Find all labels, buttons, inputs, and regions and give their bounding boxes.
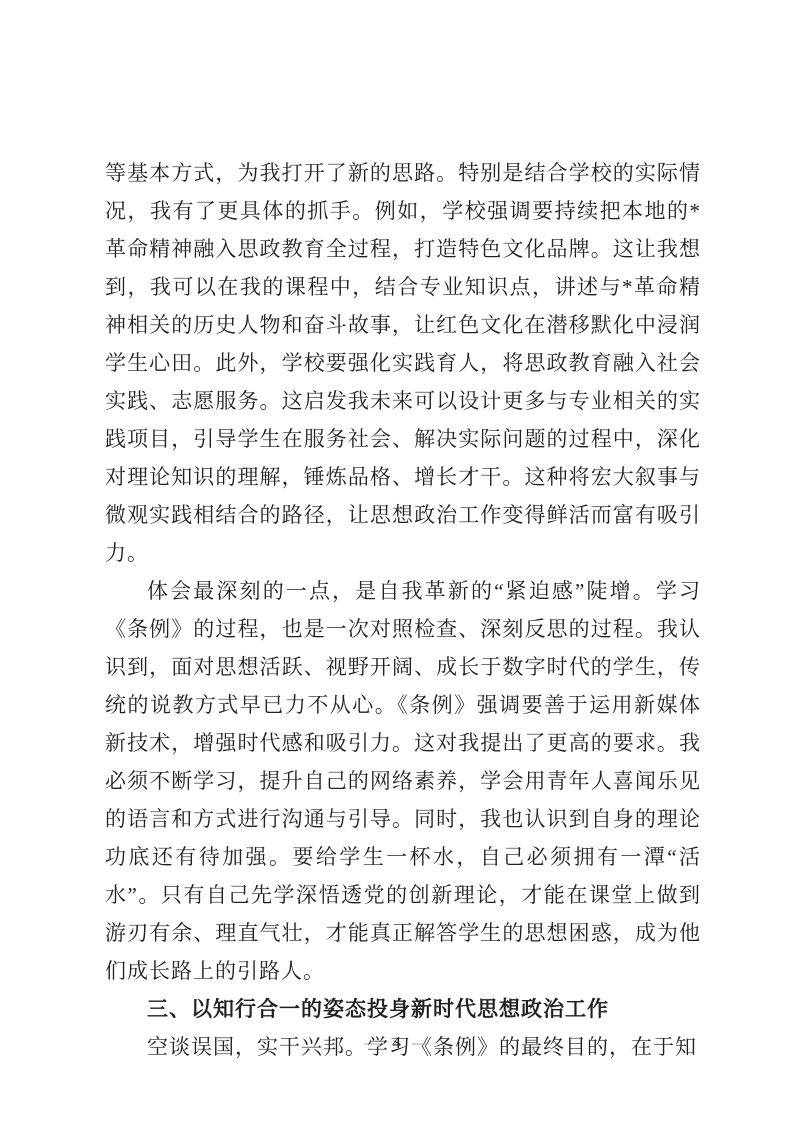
page-footer: —4—: [0, 1031, 793, 1055]
paragraph-continuation: 等基本方式，为我打开了新的思路。特别是结合学校的实际情况，我有了更具体的抓手。例…: [105, 154, 701, 572]
document-body: 等基本方式，为我打开了新的思路。特别是结合学校的实际情况，我有了更具体的抓手。例…: [105, 154, 701, 1066]
document-page: 等基本方式，为我打开了新的思路。特别是结合学校的实际情况，我有了更具体的抓手。例…: [0, 0, 793, 1122]
footer-dash-left: —: [364, 1033, 381, 1052]
page-number: 4: [392, 1031, 401, 1055]
section-heading: 三、以知行合一的姿态投身新时代思想政治工作: [105, 990, 701, 1028]
paragraph-body: 体会最深刻的一点，是自我革新的“紧迫感”陡增。学习《条例》的过程，也是一次对照检…: [105, 572, 701, 990]
footer-dash-right: —: [412, 1033, 429, 1052]
